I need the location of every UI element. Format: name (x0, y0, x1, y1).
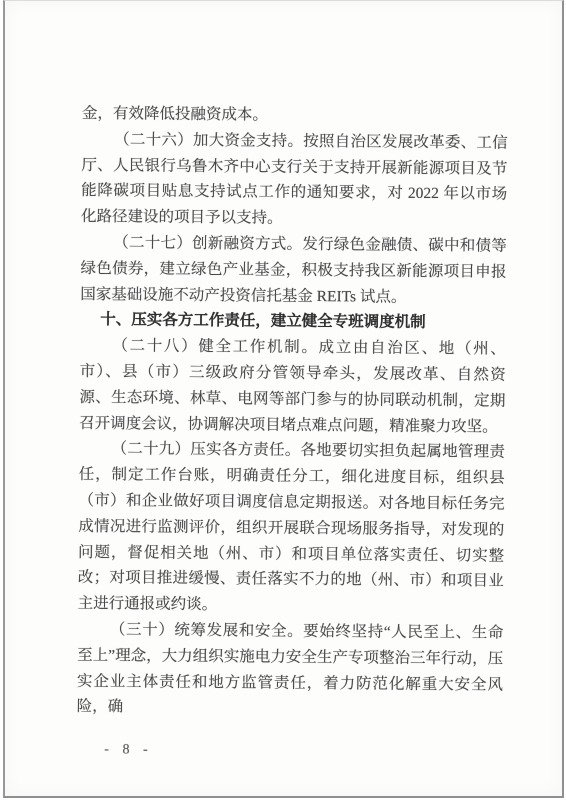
page-number: - 8 - (104, 737, 502, 766)
paragraph-item-30: （三十）统筹发展和安全。要始终坚持“人民至上、生命至上”理念，大力组织实施电力安… (77, 617, 504, 724)
scanned-document-page: 金，有效降低投融资成本。 （二十六）加大资金支持。按照自治区发展改革委、工信厅、… (3, 0, 564, 798)
paragraph-item-26: （二十六）加大资金支持。按照自治区发展改革委、工信厅、人民银行乌鲁木齐中心支行关… (81, 127, 508, 234)
paragraph-item-28: （二十八）健全工作机制。成立由自治区、地（州、市）、县（市）三级政府分管领导牵头… (79, 333, 506, 440)
continuation-paragraph: 金，有效降低投融资成本。 (82, 101, 508, 131)
paragraph-item-27: （二十七）创新融资方式。发行绿色金融债、碳中和债等绿色债券，建立绿色产业基金，积… (80, 230, 507, 311)
document-body: 金，有效降低投融资成本。 （二十六）加大资金支持。按照自治区发展改革委、工信厅、… (76, 101, 508, 767)
paragraph-item-29: （二十九）压实各方责任。各地要切实担负起属地管理责任，制定工作台账，明确责任分工… (77, 436, 505, 620)
section-heading-10: 十、压实各方工作责任，建立健全专班调度机制 (80, 307, 506, 337)
